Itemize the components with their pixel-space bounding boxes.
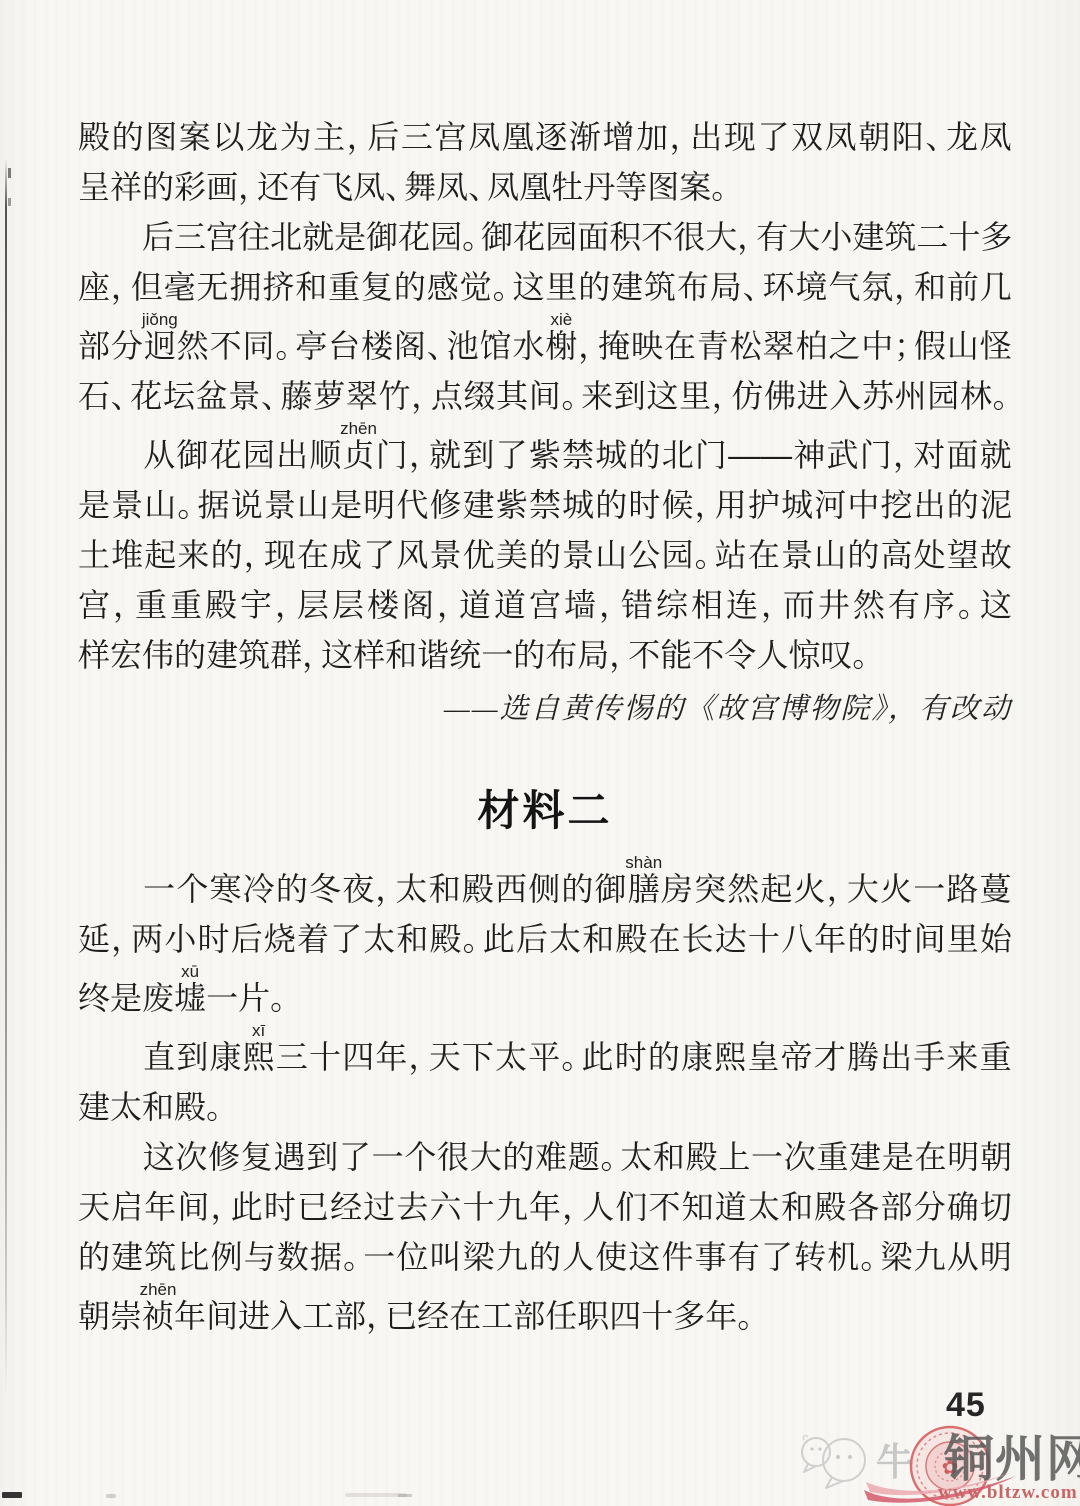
text-line: 朝崇祯zhēn年间进入工部，已经在工部任职四十多年。 (78, 1291, 1012, 1341)
character: 环 (763, 262, 795, 312)
character: 部 (513, 1291, 545, 1341)
text-line: 这次修复遇到了一个很大的难题。太和殿上一次重建是在明朝 (78, 1132, 1012, 1182)
text-line: 石、花坛盆景、藤萝翠竹，点缀其间。来到这里，仿佛进入苏州园林。 (78, 371, 1012, 421)
character: 山 (814, 530, 846, 580)
character: 凤 (353, 162, 385, 212)
character: 比 (177, 1232, 209, 1282)
character: 殿 (174, 1082, 206, 1132)
character: 河 (814, 480, 846, 530)
character: 处 (914, 530, 946, 580)
character: 道 (494, 580, 526, 630)
character: 彩 (174, 162, 206, 212)
character: 逐 (535, 112, 567, 162)
character: 冬 (309, 864, 341, 914)
character: 建 (611, 262, 643, 312)
text-line: 一个寒冷的冬夜，太和殿西侧的御膳shàn房突然起火，大火一路蔓 (78, 864, 1012, 914)
scan-artifact-bottom-mark (106, 1494, 116, 1498)
character: 坛 (163, 371, 195, 421)
character: ， (113, 580, 132, 630)
character: 的 (847, 530, 879, 580)
character: 皇 (747, 1032, 779, 1082)
character: 御 (481, 212, 513, 262)
character: 。 (601, 1132, 620, 1182)
character: ， (695, 480, 714, 530)
character: 始 (980, 914, 1012, 964)
character: 废 (142, 973, 174, 1023)
character: 阁 (402, 580, 434, 630)
character: 松 (730, 321, 762, 371)
character: 、 (111, 371, 130, 421)
character: 到 (462, 430, 494, 480)
character: 。 (860, 1232, 879, 1282)
character: 分 (111, 321, 143, 371)
character: 惊 (788, 630, 820, 680)
character: ， (599, 580, 618, 630)
character: 题 (568, 1132, 600, 1182)
character: 大 (705, 212, 737, 262)
character: 复 (361, 262, 393, 312)
character: 对 (913, 430, 945, 480)
character: 的 (529, 1232, 561, 1282)
character: 宫 (435, 112, 467, 162)
character: 禁 (562, 430, 594, 480)
character: 是 (110, 973, 142, 1023)
annotated-character: 贞zhēn (343, 430, 375, 480)
character: 机 (827, 1232, 859, 1282)
character: 例 (211, 1232, 243, 1282)
character: ， (409, 430, 428, 480)
character: 位 (396, 1232, 428, 1282)
character: 据 (198, 480, 230, 530)
character: 飞 (321, 162, 353, 212)
character: 下 (462, 1032, 494, 1082)
character: 的 (211, 530, 243, 580)
character: 进 (238, 1291, 270, 1341)
character: 此 (582, 1032, 614, 1082)
character: 来 (177, 530, 209, 580)
character: 才 (814, 1032, 846, 1082)
character: 次 (784, 1132, 816, 1182)
character: 六 (430, 1182, 462, 1232)
character: 。 (993, 371, 1012, 421)
character: 萝 (313, 371, 345, 421)
paragraph: 一个寒冷的冬夜，太和殿西侧的御膳shàn房突然起火，大火一路蔓延，两小时后烧着了… (78, 864, 1012, 1023)
character: 掩 (598, 321, 630, 371)
character: 明 (947, 1132, 979, 1182)
character: 和 (582, 914, 614, 964)
character: 站 (715, 530, 747, 580)
character: 渐 (569, 112, 601, 162)
character: 入 (829, 371, 861, 421)
character: 过 (363, 1182, 395, 1232)
character: 花 (398, 212, 430, 262)
character: 是 (330, 480, 362, 530)
character: 。 (206, 1082, 225, 1132)
character: 增 (602, 112, 634, 162)
character: 难 (535, 1132, 567, 1182)
character: 。 (737, 1291, 756, 1341)
character: 的 (847, 914, 879, 964)
character: 园 (243, 430, 275, 480)
character: 直 (143, 1032, 175, 1082)
character: 宫 (206, 212, 238, 262)
character: 、 (261, 371, 280, 421)
character: 的 (595, 480, 627, 530)
character: 、 (743, 262, 762, 312)
attribution-line: ——选自黄传惕的《故宫博物院》，有改动 (78, 684, 1012, 734)
character: 其 (496, 371, 528, 421)
watermark-url: www.bltzw.com (938, 1482, 1078, 1504)
character: 蔓 (980, 864, 1012, 914)
character: 丹 (583, 162, 615, 212)
scan-artifact-bottom-mark (398, 1494, 412, 1497)
character: 着 (297, 914, 329, 964)
character: 里 (947, 914, 979, 964)
character: 故 (980, 530, 1012, 580)
character: 就 (980, 430, 1012, 480)
character: 是 (882, 1132, 914, 1182)
character: 这 (628, 1232, 660, 1282)
character: 梁 (463, 1232, 495, 1282)
character: 现 (724, 112, 756, 162)
character: 堆 (111, 530, 143, 580)
character: 殿 (78, 112, 110, 162)
character: 后 (516, 914, 548, 964)
character: 明 (980, 1232, 1012, 1282)
text-line: 土堆起来的，现在成了风景优美的景山公园。站在景山的高处望故 (78, 530, 1012, 580)
character: 。 (177, 480, 196, 530)
character: 三 (276, 1032, 308, 1082)
character: ， (437, 580, 456, 630)
character: 凰 (519, 162, 551, 212)
character: 路 (946, 864, 978, 914)
character: 用 (715, 480, 747, 530)
character: 天 (429, 1032, 461, 1082)
character: 缀 (463, 371, 495, 421)
character: 局 (577, 630, 609, 680)
character: 州 (895, 371, 927, 421)
character: 部 (334, 1291, 366, 1341)
character: 和 (396, 914, 428, 964)
pinyin-annotation: jiǒng (142, 311, 178, 328)
character: 候 (662, 480, 694, 530)
text-line: 终是废墟xū一片。 (78, 973, 1012, 1023)
character: 代 (396, 480, 428, 530)
character: 和 (914, 262, 946, 312)
character: 年 (144, 1182, 176, 1232)
character: 。 (711, 162, 730, 212)
character: 修 (208, 1132, 240, 1182)
character: 太 (396, 864, 428, 914)
character: 们 (615, 1182, 647, 1232)
character: 很 (673, 212, 705, 262)
character: 御 (595, 864, 627, 914)
character: 殿 (814, 1182, 846, 1232)
character: 不 (210, 321, 242, 371)
character: 景 (430, 530, 462, 580)
character: 柏 (795, 321, 827, 371)
character: 一 (372, 1132, 404, 1182)
character: 苏 (862, 371, 894, 421)
character: 祥 (110, 162, 142, 212)
character: 这 (143, 1132, 175, 1182)
character: 能 (660, 630, 692, 680)
character: 等 (615, 162, 647, 212)
character: 不 (641, 212, 673, 262)
character: 职 (577, 1291, 609, 1341)
character: 片 (238, 973, 270, 1023)
paragraph-indent (78, 1032, 142, 1082)
character: 和 (142, 1082, 174, 1132)
character: 太 (110, 1082, 142, 1132)
character: 北 (270, 212, 302, 262)
character: —— (728, 430, 792, 480)
character: 达 (715, 914, 747, 964)
character: 城 (562, 480, 594, 530)
character: 寒 (210, 864, 242, 914)
character: 翠 (763, 321, 795, 371)
character: 楼 (367, 580, 399, 630)
character: 舞 (404, 162, 436, 212)
character: 小 (164, 914, 196, 964)
character: 楼 (361, 321, 393, 371)
character: 转 (794, 1232, 826, 1282)
character: 任 (545, 1291, 577, 1341)
character: 翠 (346, 371, 378, 421)
character: 的 (529, 530, 561, 580)
character: ， (111, 262, 130, 312)
character: 八 (781, 914, 813, 964)
character: 在 (649, 914, 681, 964)
character: 。 (561, 1032, 580, 1082)
character: 中 (861, 321, 893, 371)
character: 和 (653, 1132, 685, 1182)
character: 太 (748, 1182, 780, 1232)
character: 房 (661, 864, 693, 914)
character: 感 (427, 262, 459, 312)
character: 挖 (880, 480, 912, 530)
character: 年 (174, 1291, 206, 1341)
character: 城 (595, 430, 627, 480)
character: 重 (170, 580, 202, 630)
character: ， (244, 530, 263, 580)
character: ， (411, 371, 430, 421)
character: 然 (853, 580, 885, 630)
character: 梁 (880, 1232, 912, 1282)
character: 风 (396, 530, 428, 580)
character: 御 (176, 430, 208, 480)
character: 山 (144, 480, 176, 530)
character: 。 (493, 262, 512, 312)
character: 和 (429, 864, 461, 914)
character: 石 (78, 371, 110, 421)
character: 部 (880, 1182, 912, 1232)
character: ， (375, 864, 394, 914)
character: 火 (794, 864, 826, 914)
character: 此 (483, 914, 515, 964)
character: 的 (142, 162, 174, 212)
character: 使 (595, 1232, 627, 1282)
scan-artifact-tick (8, 168, 11, 178)
character: ， (366, 1291, 385, 1341)
character: 样 (353, 630, 385, 680)
character: 数 (277, 1232, 309, 1282)
scan-artifact-bottom-mark (2, 1492, 22, 1498)
character: 综 (656, 580, 688, 630)
text-line: 宫，重重殿宇，层层楼阁，道道宫墙，错综相连，而井然有序。这 (78, 580, 1012, 630)
annotated-character: 祯zhēn (142, 1291, 174, 1341)
character: 的 (648, 1032, 680, 1082)
character: 明 (363, 480, 395, 530)
character: 入 (270, 1291, 302, 1341)
character: 宫 (78, 580, 110, 630)
character: 公 (628, 530, 660, 580)
character: 建 (849, 1132, 881, 1182)
character: 就 (302, 212, 334, 262)
character: 然 (177, 321, 209, 371)
character: 优 (463, 530, 495, 580)
character: 在 (915, 1132, 947, 1182)
character: 太 (495, 1032, 527, 1082)
character: 顺 (309, 430, 341, 480)
character: 切 (980, 1182, 1012, 1232)
character: 。 (462, 212, 481, 262)
character: 个 (404, 1132, 436, 1182)
character: 青 (697, 321, 729, 371)
character: 此 (231, 1182, 263, 1232)
character: 事 (695, 1232, 727, 1282)
character: 图 (647, 162, 679, 212)
character: 座 (78, 262, 110, 312)
character: ， (894, 262, 913, 312)
character: 的 (112, 112, 144, 162)
character: 殿 (462, 864, 494, 914)
character: 从 (143, 430, 175, 480)
character: 。 (695, 530, 714, 580)
character: 的 (394, 262, 426, 312)
character: 谐 (417, 630, 449, 680)
character: 这 (646, 371, 678, 421)
character: 在 (297, 530, 329, 580)
character: ， (827, 864, 846, 914)
character: 竹 (379, 371, 411, 421)
annotated-character: 迥jiǒng (144, 321, 176, 371)
character: 景 (264, 480, 296, 530)
character: 园 (545, 212, 577, 262)
character: 布 (545, 630, 577, 680)
character: 主 (313, 112, 345, 162)
character: ， (893, 430, 912, 480)
character: 布 (677, 262, 709, 312)
character: 两 (131, 914, 163, 964)
character: 不 (628, 630, 660, 680)
character: 多 (673, 1291, 705, 1341)
character: 火 (880, 864, 912, 914)
character: 同 (242, 321, 274, 371)
character: 一 (143, 864, 175, 914)
character: 已 (297, 1182, 329, 1232)
pinyin-annotation: shàn (625, 854, 662, 871)
character: 经 (330, 1182, 362, 1232)
character: ， (609, 630, 628, 680)
text-line: 部分迥jiǒng然不同。亭台楼阁、池馆水榭xiè，掩映在青松翠柏之中；假山怪 (78, 321, 1012, 371)
character: 时 (198, 914, 230, 964)
character: 有 (289, 162, 321, 212)
character: 面 (577, 212, 609, 262)
character: 拥 (229, 262, 261, 312)
character: 到 (614, 371, 646, 421)
character: 烧 (264, 914, 296, 964)
character: 年 (375, 1032, 407, 1082)
character: 里 (545, 262, 577, 312)
character: 池 (447, 321, 479, 371)
character: 面 (946, 430, 978, 480)
character: 是 (334, 212, 366, 262)
character: 凤 (436, 162, 468, 212)
character: 山 (947, 321, 979, 371)
character: 序 (923, 580, 955, 630)
character: 令 (724, 630, 756, 680)
character: 了 (330, 914, 362, 964)
character: 神 (793, 430, 825, 480)
character: 四 (342, 1032, 374, 1082)
character: 殿 (430, 914, 462, 964)
scan-artifact-tick (8, 198, 11, 206)
character: 与 (244, 1232, 276, 1282)
character: 望 (947, 530, 979, 580)
character: 馆 (480, 321, 512, 371)
character: 三 (174, 212, 206, 262)
character: 的 (578, 262, 610, 312)
character: 筑 (144, 1232, 176, 1282)
character: ， (409, 1032, 428, 1082)
character: 往 (238, 212, 270, 262)
character: 九 (496, 1232, 528, 1282)
character: 叫 (430, 1232, 462, 1282)
character: 起 (144, 530, 176, 580)
character: ， (670, 112, 689, 162)
character: 经 (417, 1291, 449, 1341)
character: 十 (641, 1291, 673, 1341)
character: 。 (343, 1232, 362, 1282)
character: 呈 (78, 162, 110, 212)
character: 天 (78, 1182, 110, 1232)
character: 阁 (394, 321, 426, 371)
character: 群 (270, 630, 302, 680)
character: 间 (529, 371, 561, 421)
text-line: 座，但毫无拥挤和重复的感觉。这里的建筑布局、环境气氛，和前几 (78, 262, 1012, 312)
page-number: 45 (946, 1386, 1006, 1425)
character: 中 (847, 480, 879, 530)
character: 觉 (460, 262, 492, 312)
character: 殿 (615, 914, 647, 964)
annotated-character: 膳shàn (628, 864, 660, 914)
character: 间 (206, 1291, 238, 1341)
character: 道 (459, 580, 491, 630)
character: 三 (401, 112, 433, 162)
pinyin-annotation: xī (252, 1022, 265, 1039)
character: 、 (385, 162, 404, 212)
character: 景 (562, 530, 594, 580)
character: 康 (210, 1032, 242, 1082)
character: 花 (130, 371, 162, 421)
character: 。 (852, 630, 871, 680)
character: 的 (947, 480, 979, 530)
character: 太 (363, 914, 395, 964)
character: 说 (231, 480, 263, 530)
character: 泥 (980, 480, 1012, 530)
text-line: 从御花园出顺贞zhēn门，就到了紫禁城的北门——神武门，对面就 (78, 430, 1012, 480)
